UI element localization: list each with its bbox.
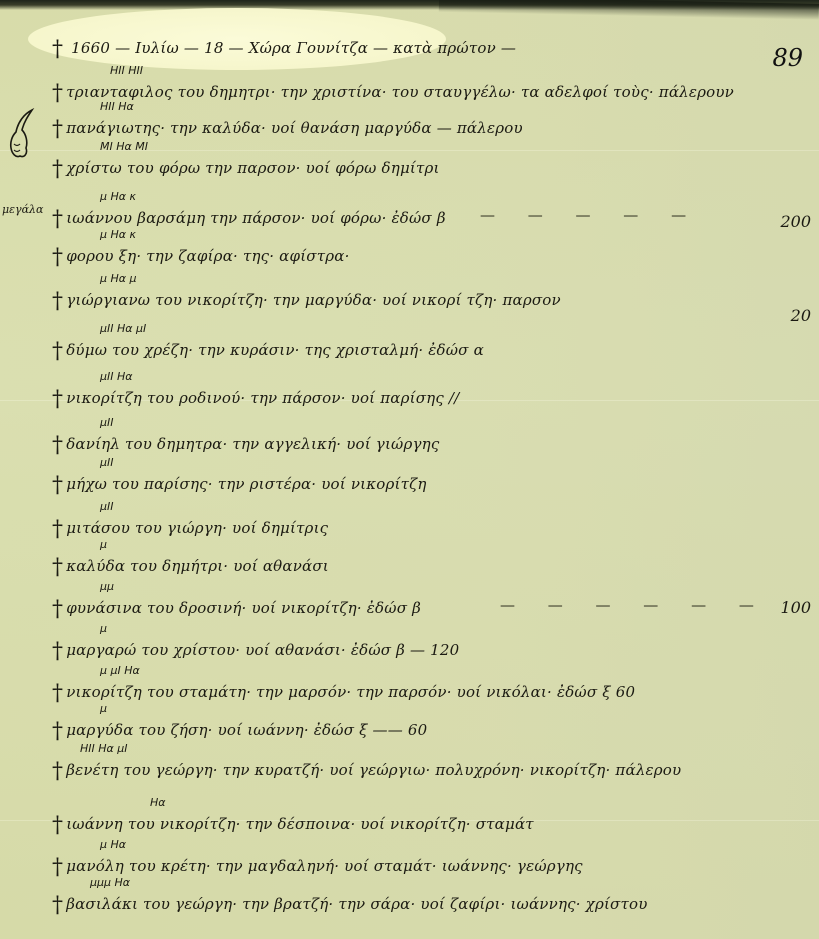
entry-marks: μ	[100, 538, 107, 551]
entry-line: †τριανταφιλος του δημητρι· την χριστίνα·…	[52, 78, 734, 103]
entry-text: μήχω του παρίσης· την ριστέρα· υοί νικορ…	[66, 475, 426, 493]
entry-line: †μήχω του παρίσης· την ριστέρα· υοί νικο…	[52, 470, 427, 495]
entry-line: †μανόλη του κρέτη· την μαγδαληνή· υοί στ…	[52, 852, 583, 877]
cross-icon: †	[52, 37, 63, 62]
entry-marks: μ Ηα κ	[100, 228, 136, 241]
cross-icon: †	[52, 639, 63, 664]
entry-line: †μιτάσου του γιώργη· υοί δημίτρις	[52, 514, 328, 539]
entry-marks: μ Ηα μ	[100, 272, 137, 285]
cross-icon: †	[52, 719, 63, 744]
cross-icon: †	[52, 207, 63, 232]
entry-line: †δανίηλ του δημητρα· την αγγελική· υοί γ…	[52, 430, 439, 455]
entry-text: τριανταφιλος του δημητρι· την χριστίνα· …	[66, 83, 734, 101]
cross-icon: †	[52, 81, 63, 106]
entry-marks: Ηα	[150, 796, 166, 809]
entry-marks: μ	[100, 702, 107, 715]
entry-line: †φυνάσινα του δροσινή· υοί νικορίτζη· ἐδ…	[52, 594, 421, 619]
entry-text: μαργύδα του ζήση· υοί ιωάννη· ἐδώσ ξ —— …	[66, 721, 427, 739]
entry-marks: μμ	[100, 580, 114, 593]
cross-icon: †	[52, 597, 63, 622]
entry-marks: μΙΙ Ηα	[100, 370, 133, 383]
entry-marks: ΗΙΙ ΗΙΙ	[110, 64, 143, 77]
cross-icon: †	[52, 339, 63, 364]
entry-marks: ΜΙ Ηα ΜΙ	[100, 140, 148, 153]
folio-number: 89	[772, 44, 803, 72]
entry-text: βενέτη του γεώργη· την κυρατζή· υοί γεώρ…	[66, 761, 681, 779]
cross-icon: †	[52, 855, 63, 880]
entry-text: πανάγιωτης· την καλύδα· υοί θανάση μαργύ…	[66, 119, 523, 137]
entry-text: καλύδα του δημήτρι· υοί αθανάσι	[66, 557, 329, 575]
cross-icon: †	[52, 117, 63, 142]
entry-text: νικορίτζη του σταμάτη· την μαρσόν· την π…	[66, 683, 635, 701]
entry-line: †φορου ξη· την ζαφίρα· της· αφίστρα·	[52, 242, 350, 267]
entry-line: †χρίστω του φόρω την παρσον· υοί φόρω δη…	[52, 154, 440, 179]
entry-text: δύμω του χρέζη· την κυράσιν· της χρισταλ…	[66, 341, 484, 359]
header-line: † 1660 — Ιυλίω — 18 — Χώρα Γουνίτζα — κα…	[52, 34, 516, 59]
entry-amount: 20	[791, 306, 811, 325]
entry-text: ιωάννου βαρσάμη την πάρσον· υοί φόρω· ἐδ…	[66, 209, 446, 227]
cross-icon: †	[52, 813, 63, 838]
manuscript-page: 89 † 1660 — Ιυλίω — 18 — Χώρα Γουνίτζα —…	[0, 0, 819, 939]
entry-line: †νικορίτζη του ροδινού· την πάρσον· υοί …	[52, 384, 459, 409]
cross-icon: †	[52, 681, 63, 706]
cross-icon: †	[52, 289, 63, 314]
cross-icon: †	[52, 893, 63, 918]
entry-amount: 200	[780, 212, 811, 231]
entry-text: νικορίτζη του ροδινού· την πάρσον· υοί π…	[66, 389, 459, 407]
scan-top-edge-shadow	[439, 0, 819, 20]
entry-line: †βασιλάκι του γεώργη· την βρατζή· την σά…	[52, 890, 648, 915]
entry-line: †ιωάννη του νικορίτζη· την δέσποινα· υοί…	[52, 810, 534, 835]
ledger-dashes: — — — — —	[480, 206, 700, 224]
entry-marks: μΙΙ	[100, 456, 114, 469]
cross-icon: †	[52, 433, 63, 458]
entry-marks: μ Ηα	[100, 838, 126, 851]
cross-icon: †	[52, 245, 63, 270]
entry-line: †γιώργιανω του νικορίτζη· την μαργύδα· υ…	[52, 286, 561, 311]
entry-text: βασιλάκι του γεώργη· την βρατζή· την σάρ…	[66, 895, 647, 913]
entry-text: ιωάννη του νικορίτζη· την δέσποινα· υοί …	[66, 815, 534, 833]
entry-text: φυνάσινα του δροσινή· υοί νικορίτζη· ἐδώ…	[66, 599, 421, 617]
entry-marks: μΙΙ Ηα μΙ	[100, 322, 146, 335]
entry-text: γιώργιανω του νικορίτζη· την μαργύδα· υο…	[66, 291, 561, 309]
entry-marks: μΙΙ	[100, 500, 114, 513]
entry-text: μαργαρώ του χρίστου· υοί αθανάσι· ἐδώσ β…	[66, 641, 459, 659]
entry-text: μιτάσου του γιώργη· υοί δημίτρις	[66, 519, 328, 537]
entry-line: †μαργαρώ του χρίστου· υοί αθανάσι· ἐδώσ …	[52, 636, 459, 661]
cross-icon: †	[52, 555, 63, 580]
entry-line: †μαργύδα του ζήση· υοί ιωάννη· ἐδώσ ξ ——…	[52, 716, 427, 741]
entry-text: χρίστω του φόρω την παρσον· υοί φόρω δημ…	[66, 159, 439, 177]
ledger-dashes: — — — — — —	[500, 596, 768, 614]
entry-marks: ΗΙΙ Ηα	[100, 100, 134, 113]
entry-amount: 100	[780, 598, 811, 617]
entry-marks: ΗΙΙ Ηα μΙ	[80, 742, 128, 755]
entry-line: †νικορίτζη του σταμάτη· την μαρσόν· την …	[52, 678, 635, 703]
entry-line: †πανάγιωτης· την καλύδα· υοί θανάση μαργ…	[52, 114, 523, 139]
entry-text: φορου ξη· την ζαφίρα· της· αφίστρα·	[66, 247, 349, 265]
entry-line: †δύμω του χρέζη· την κυράσιν· της χριστα…	[52, 336, 484, 361]
entry-marks: μ	[100, 622, 107, 635]
entry-marks: μμμ Ηα	[90, 876, 130, 889]
margin-note: μεγάλα	[2, 203, 43, 216]
cross-icon: †	[52, 387, 63, 412]
entry-line: †ιωάννου βαρσάμη την πάρσον· υοί φόρω· ἐ…	[52, 204, 446, 229]
entry-marks: μ μΙ Ηα	[100, 664, 140, 677]
entry-line: †βενέτη του γεώργη· την κυρατζή· υοί γεώ…	[52, 756, 681, 781]
cross-icon: †	[52, 157, 63, 182]
cross-icon: †	[52, 473, 63, 498]
entry-marks: μ Ηα κ	[100, 190, 136, 203]
entry-marks: μΙΙ	[100, 416, 114, 429]
header-text: 1660 — Ιυλίω — 18 — Χώρα Γουνίτζα — κατὰ…	[71, 39, 516, 57]
manicule-icon	[6, 108, 36, 164]
cross-icon: †	[52, 759, 63, 784]
entry-text: δανίηλ του δημητρα· την αγγελική· υοί γι…	[66, 435, 439, 453]
entry-text: μανόλη του κρέτη· την μαγδαληνή· υοί στα…	[66, 857, 583, 875]
entry-line: †καλύδα του δημήτρι· υοί αθανάσι	[52, 552, 329, 577]
cross-icon: †	[52, 517, 63, 542]
